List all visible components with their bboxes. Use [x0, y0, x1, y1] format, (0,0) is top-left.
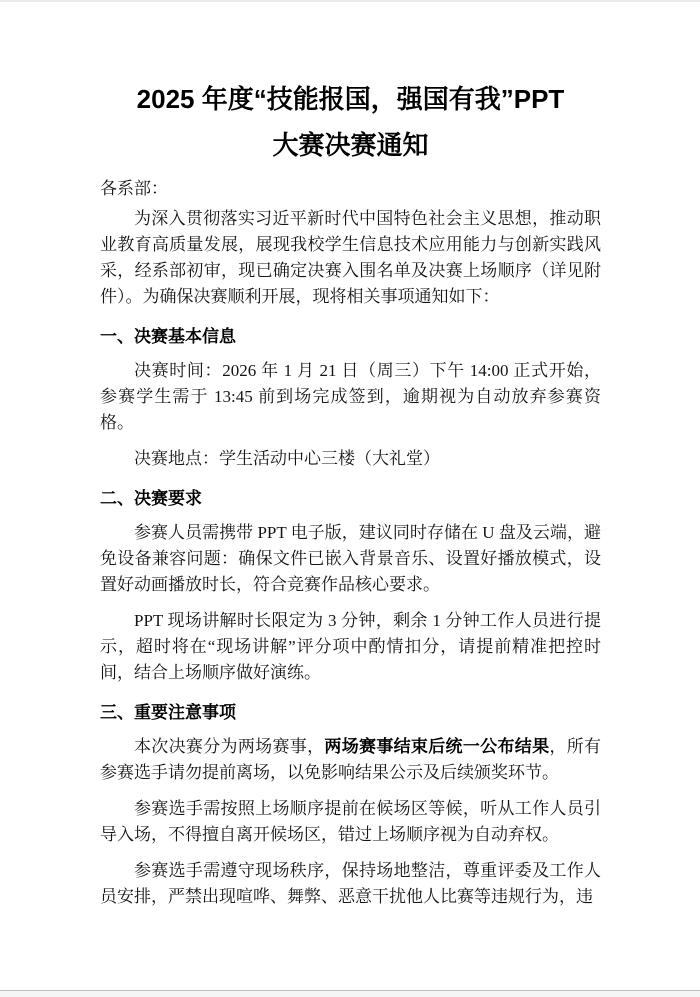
- section-2-heading: 二、决赛要求: [100, 486, 601, 512]
- document-viewer: { "doc": { "title_line1": "2025 年度“技能报国，…: [0, 0, 700, 997]
- section-3-heading: 三、重要注意事项: [100, 700, 601, 726]
- paragraph-text-before-emphasis: 本次决赛分为两场赛事，: [134, 737, 324, 756]
- section-2-paragraph-2: PPT 现场讲解时长限定为 3 分钟，剩余 1 分钟工作人员进行提示，超时将在“…: [100, 608, 601, 686]
- document-page: 2025 年度“技能报国，强国有我”PPT 大赛决赛通知 各系部： 为深入贯彻落…: [100, 0, 601, 920]
- section-1-paragraph-1: 决赛时间：2026 年 1 月 21 日（周三）下午 14:00 正式开始，参赛…: [100, 358, 601, 436]
- title-line-2: 大赛决赛通知: [100, 122, 601, 168]
- section-1-paragraph-2: 决赛地点：学生活动中心三楼（大礼堂）: [100, 446, 601, 472]
- section-3-paragraph-3: 参赛选手需遵守现场秩序，保持场地整洁，尊重评委及工作人员安排，严禁出现喧哗、舞弊…: [100, 858, 601, 910]
- page-bottom-edge: [0, 990, 700, 997]
- title-line-1: 2025 年度“技能报国，强国有我”PPT: [100, 76, 601, 122]
- document-title: 2025 年度“技能报国，强国有我”PPT 大赛决赛通知: [100, 76, 601, 168]
- emphasis-text: 两场赛事结束后统一公布结果: [324, 737, 549, 756]
- intro-paragraph: 为深入贯彻落实习近平新时代中国特色社会主义思想，推动职业教育高质量发展，展现我校…: [100, 206, 601, 310]
- section-1-heading: 一、决赛基本信息: [100, 324, 601, 350]
- section-3-paragraph-1: 本次决赛分为两场赛事，两场赛事结束后统一公布结果，所有参赛选手请勿提前离场，以免…: [100, 734, 601, 786]
- section-2-paragraph-1: 参赛人员需携带 PPT 电子版，建议同时存储在 U 盘及云端，避免设备兼容问题：…: [100, 520, 601, 598]
- salutation: 各系部：: [100, 176, 601, 202]
- section-3-paragraph-2: 参赛选手需按照上场顺序提前在候场区等候，听从工作人员引导入场，不得擅自离开候场区…: [100, 796, 601, 848]
